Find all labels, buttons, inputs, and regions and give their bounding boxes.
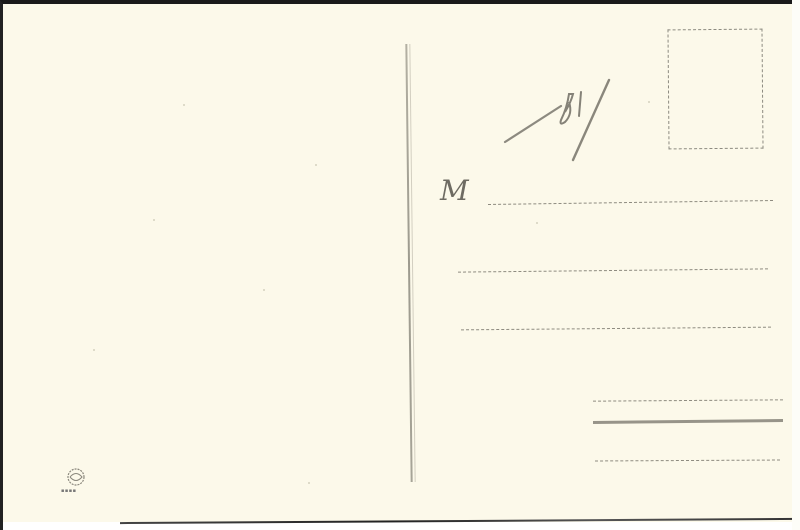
postcard-back: M ▪▪▪▪ [0, 0, 800, 530]
paper-speck [648, 101, 650, 103]
address-line-6 [595, 460, 780, 462]
publisher-mark-text: ▪▪▪▪ [61, 488, 77, 494]
right-margin [792, 0, 800, 530]
paper-speck [308, 482, 310, 484]
address-line-1 [488, 200, 773, 205]
address-line-2 [458, 268, 768, 272]
paper-speck [93, 349, 95, 351]
paper-speck [315, 164, 317, 166]
paper-speck [153, 219, 155, 221]
stamp-box [667, 29, 763, 150]
paper-speck [183, 104, 185, 106]
address-line-4 [593, 399, 783, 401]
address-line-3 [461, 327, 771, 331]
handwritten-note-icon [503, 74, 643, 164]
paper-speck [263, 289, 265, 291]
paper-speck [536, 222, 538, 224]
address-line-5-bold [593, 419, 783, 424]
salutation-letter: M [440, 174, 468, 207]
